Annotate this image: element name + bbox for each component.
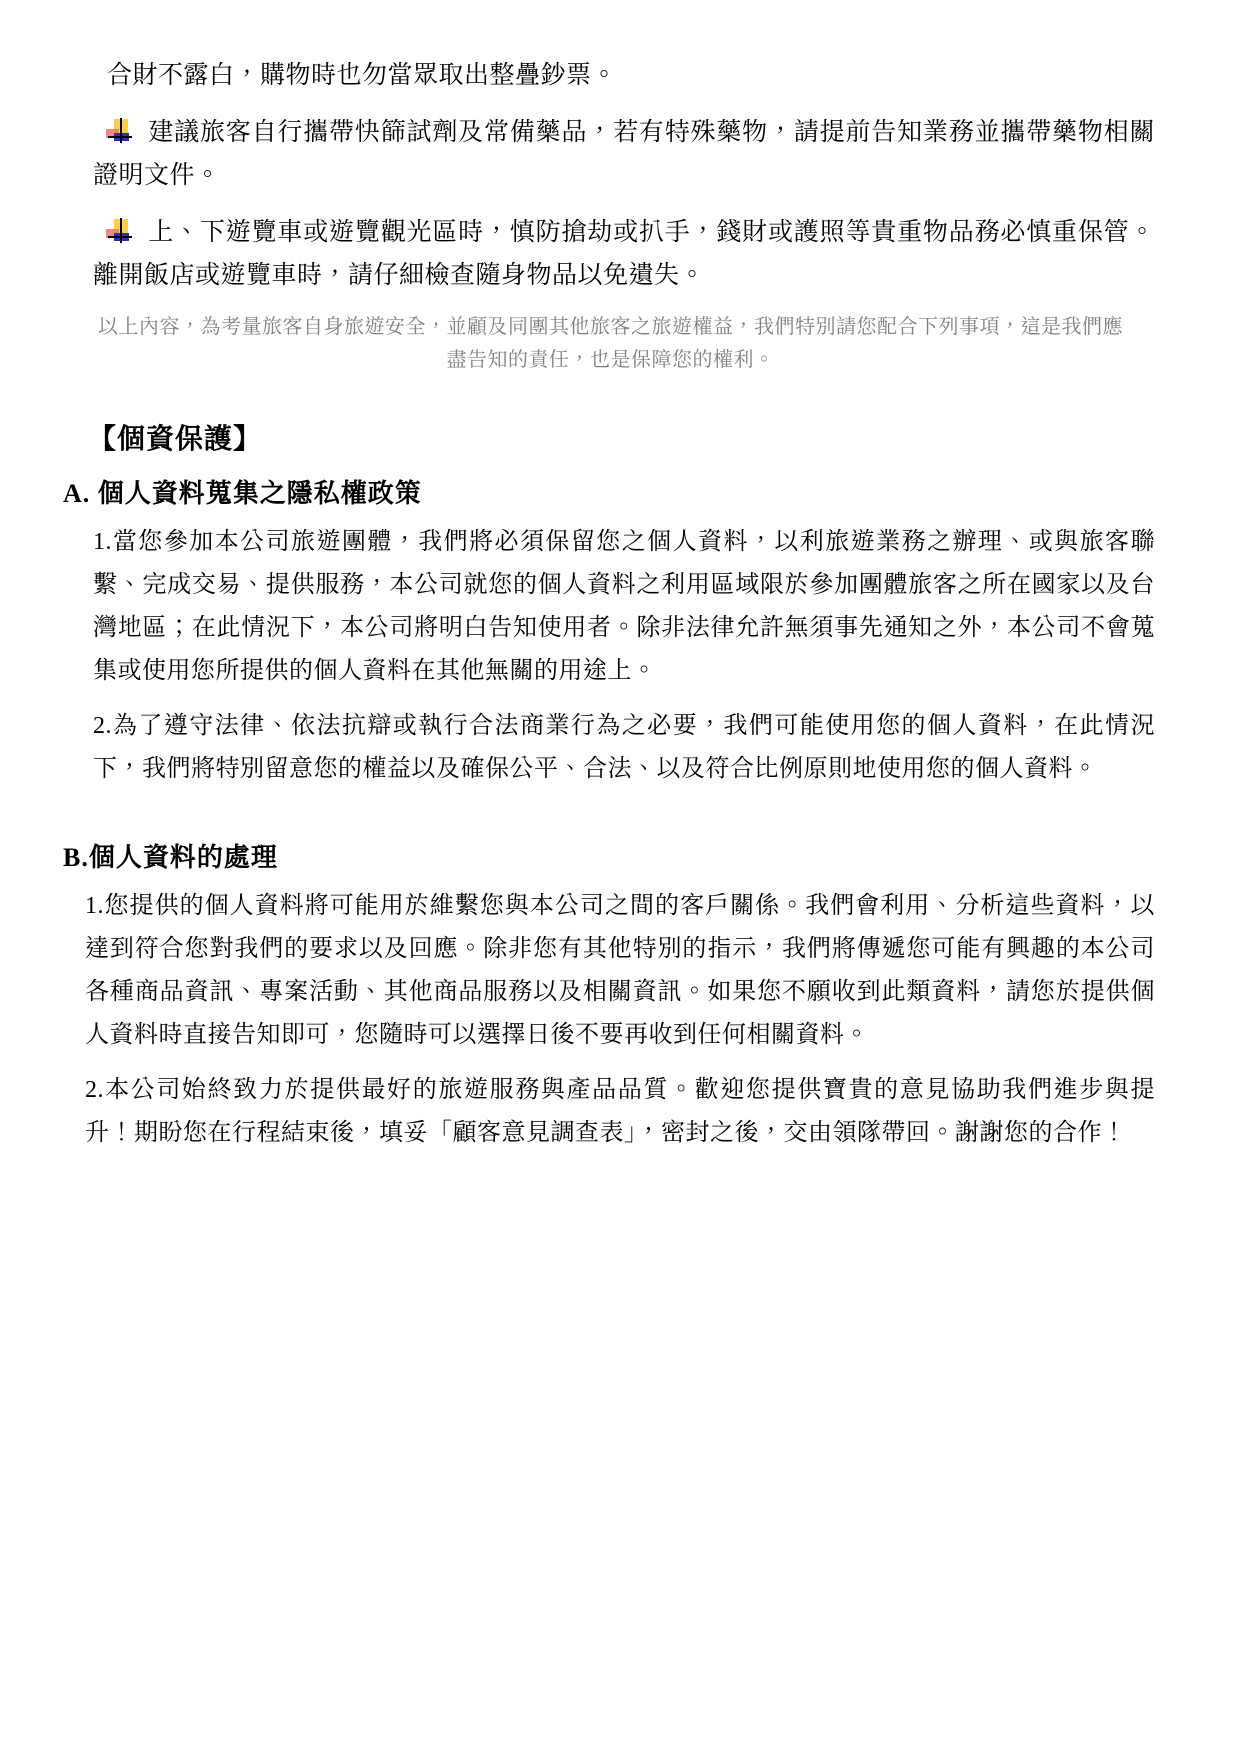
- safety-bullet-item: 上、下遊覽車或遊覽觀光區時，慎防搶劫或扒手，錢財或護照等貴重物品務必慎重保管。離…: [93, 211, 1155, 297]
- safety-notice-text: 以上內容，為考量旅客自身旅遊安全，並顧及同團其他旅客之旅遊權益，我們特別請您配合…: [88, 311, 1133, 377]
- document-page: { "doc": { "intro_line": "合財不露白，購物時也勿當眾取…: [0, 0, 1241, 1755]
- section-a-paragraph-2: 2.為了遵守法律、依法抗辯或執行合法商業行為之必要，我們可能使用您的個人資料，在…: [93, 705, 1155, 791]
- intro-continuation-text: 合財不露白，購物時也勿當眾取出整疊鈔票。: [107, 55, 1155, 97]
- section-a-paragraph-1: 1.當您參加本公司旅遊團體，我們將必須保留您之個人資料，以利旅遊業務之辦理、或與…: [93, 521, 1155, 693]
- section-b-heading: B.個人資料的處理: [63, 843, 1155, 873]
- colored-cross-bullet-icon: [105, 118, 132, 144]
- section-a: A. 個人資料蒐集之隱私權政策 1.當您參加本公司旅遊團體，我們將必須保留您之個…: [63, 479, 1155, 791]
- privacy-section-title: 【個資保護】: [88, 423, 1155, 455]
- colored-cross-bullet-icon: [105, 218, 132, 244]
- section-b: B.個人資料的處理 1.您提供的個人資料將可能用於維繫您與本公司之間的客戶關係。…: [63, 843, 1155, 1155]
- safety-bullet-item: 建議旅客自行攜帶快篩試劑及常備藥品，若有特殊藥物，請提前告知業務並攜帶藥物相關證…: [93, 111, 1155, 197]
- safety-bullet-text: 上、下遊覽車或遊覽觀光區時，慎防搶劫或扒手，錢財或護照等貴重物品務必慎重保管。離…: [93, 219, 1155, 289]
- document-body: 合財不露白，購物時也勿當眾取出整疊鈔票。 建議旅客自行攜帶快篩試劑及常備藥品，若…: [0, 0, 1241, 1755]
- safety-bullet-text: 建議旅客自行攜帶快篩試劑及常備藥品，若有特殊藥物，請提前告知業務並攜帶藥物相關證…: [93, 119, 1155, 189]
- section-b-paragraph-1: 1.您提供的個人資料將可能用於維繫您與本公司之間的客戶關係。我們會利用、分析這些…: [85, 885, 1155, 1057]
- section-b-paragraph-2: 2.本公司始終致力於提供最好的旅遊服務與產品品質。歡迎您提供寶貴的意見協助我們進…: [85, 1069, 1155, 1155]
- section-a-heading: A. 個人資料蒐集之隱私權政策: [63, 479, 1155, 509]
